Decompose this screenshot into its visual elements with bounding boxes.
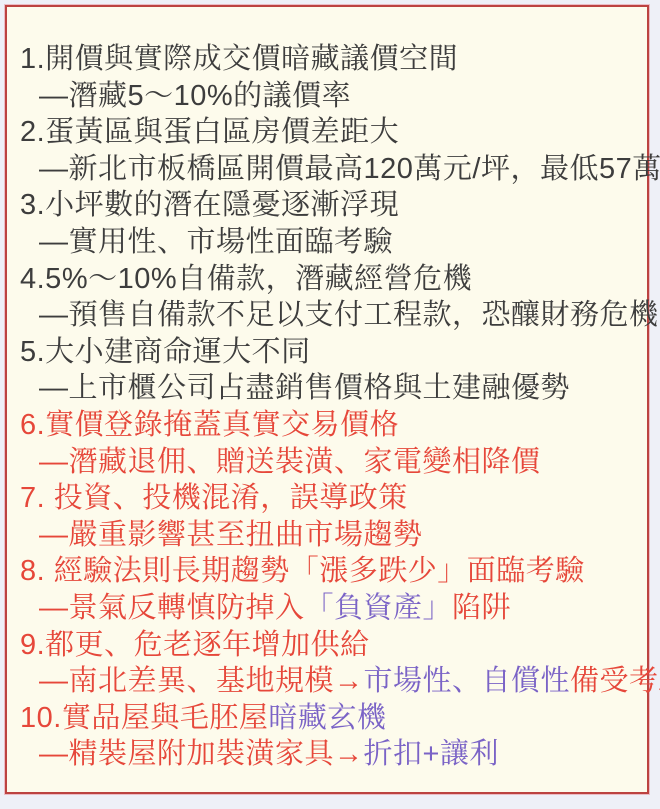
list-item-subtext: —嚴重影響甚至扭曲市場趨勢 — [13, 517, 643, 554]
text-segment: 折扣+讓利 — [364, 738, 499, 770]
text-segment: 暗藏玄機 — [268, 702, 386, 734]
list-item-subtext: —實用性、市場性面臨考驗 — [13, 224, 643, 261]
list-item-subtext: —精裝屋附加裝潢家具→折扣+讓利 — [13, 736, 643, 773]
text-segment: —潛藏退佣、贈送裝潢、家電變相降價 — [39, 446, 541, 478]
text-segment: 9.都更、危老逐年增加供給 — [20, 629, 370, 661]
text-segment: 備受考驗 — [570, 665, 660, 697]
list-item-subtext: —預售自備款不足以支付工程款，恐釀財務危機 — [13, 297, 643, 334]
text-segment: 6.實價登錄掩蓋真實交易價格 — [20, 409, 399, 441]
text-segment: —景氣反轉慎防掉入 — [39, 592, 305, 624]
text-segment: 陷阱 — [452, 592, 511, 624]
list-item-subtext: —潛藏5～10%的議價率 — [13, 78, 643, 115]
list-item-title: 9.都更、危老逐年增加供給 — [13, 627, 643, 664]
text-segment: —潛藏5～10%的議價率 — [39, 80, 351, 112]
list-item-subtext: —上市櫃公司占盡銷售價格與土建融優勢 — [13, 370, 643, 407]
text-segment: —精裝屋附加裝潢家具→ — [39, 738, 364, 770]
list-item-title: 1.開價與實際成交價暗藏議價空間 — [13, 41, 643, 78]
list-item-subtext: —景氣反轉慎防掉入「負資產」陷阱 — [13, 590, 643, 627]
numbered-list: 1.開價與實際成交價暗藏議價空間—潛藏5～10%的議價率2.蛋黃區與蛋白區房價差… — [13, 41, 643, 773]
text-segment: 2.蛋黃區與蛋白區房價差距大 — [20, 116, 399, 148]
list-item-title: 10.實品屋與毛胚屋暗藏玄機 — [13, 700, 643, 737]
list-item-subtext: —南北差異、基地規模→市場性、自償性備受考驗 — [13, 663, 643, 700]
text-segment: 7. 投資、投機混淆，誤導政策 — [20, 482, 408, 514]
list-item-title: 6.實價登錄掩蓋真實交易價格 — [13, 407, 643, 444]
text-segment: —新北市板橋區開價最高120萬元/坪，最低57萬元/坪 — [39, 153, 660, 185]
text-segment: 1.開價與實際成交價暗藏議價空間 — [20, 43, 458, 75]
text-segment: —預售自備款不足以支付工程款，恐釀財務危機 — [39, 299, 659, 331]
text-segment: 8. 經驗法則長期趨勢「漲多跌少」面臨考驗 — [20, 555, 585, 587]
bordered-content-panel: 1.開價與實際成交價暗藏議價空間—潛藏5～10%的議價率2.蛋黃區與蛋白區房價差… — [5, 5, 649, 794]
text-segment: —實用性、市場性面臨考驗 — [39, 226, 393, 258]
text-segment: —上市櫃公司占盡銷售價格與土建融優勢 — [39, 372, 570, 404]
list-item-title: 2.蛋黃區與蛋白區房價差距大 — [13, 114, 643, 151]
text-segment: 5.大小建商命運大不同 — [20, 336, 311, 368]
text-segment: 4.5%～10%自備款，潛藏經營危機 — [20, 263, 472, 295]
list-item-title: 7. 投資、投機混淆，誤導政策 — [13, 480, 643, 517]
text-segment: 「負資產」 — [305, 592, 453, 624]
list-item-subtext: —新北市板橋區開價最高120萬元/坪，最低57萬元/坪 — [13, 151, 643, 188]
list-item-subtext: —潛藏退佣、贈送裝潢、家電變相降價 — [13, 444, 643, 481]
list-item-title: 4.5%～10%自備款，潛藏經營危機 — [13, 261, 643, 298]
list-item-title: 8. 經驗法則長期趨勢「漲多跌少」面臨考驗 — [13, 553, 643, 590]
text-segment: 市場性、自償性 — [364, 665, 571, 697]
text-segment: —嚴重影響甚至扭曲市場趨勢 — [39, 519, 423, 551]
list-item-title: 3.小坪數的潛在隱憂逐漸浮現 — [13, 187, 643, 224]
text-segment: 3.小坪數的潛在隱憂逐漸浮現 — [20, 189, 399, 221]
text-segment: 10.實品屋與毛胚屋 — [20, 702, 268, 734]
list-item-title: 5.大小建商命運大不同 — [13, 334, 643, 371]
text-segment: —南北差異、基地規模→ — [39, 665, 364, 697]
